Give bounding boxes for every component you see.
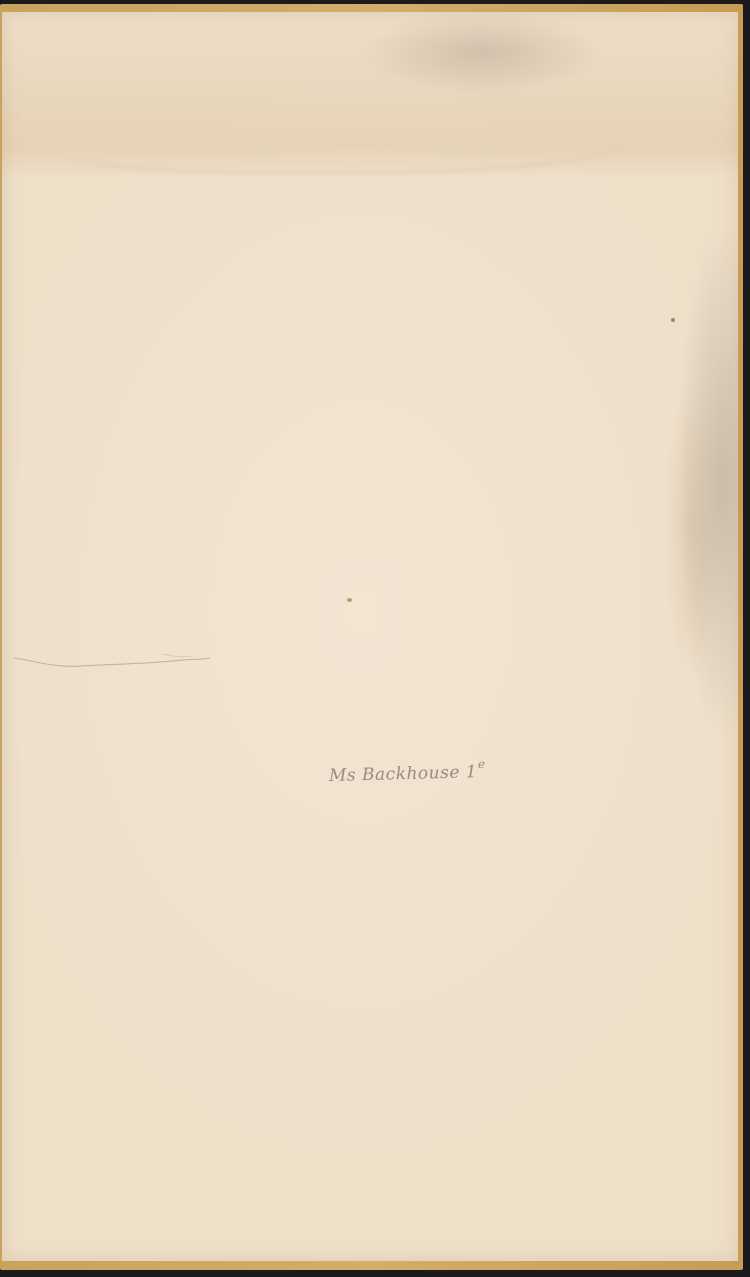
scan-background: Ms Backhouse 1e bbox=[0, 0, 750, 1277]
annotation-text: Ms Backhouse 1 bbox=[329, 762, 478, 786]
paper-spot bbox=[671, 318, 675, 322]
water-stain bbox=[62, 132, 622, 174]
endpaper-page: Ms Backhouse 1e bbox=[2, 12, 738, 1261]
paper-crease bbox=[12, 654, 212, 670]
pencil-annotation: Ms Backhouse 1e bbox=[329, 762, 486, 786]
annotation-superscript: e bbox=[478, 757, 486, 771]
paper-spot bbox=[347, 598, 352, 602]
